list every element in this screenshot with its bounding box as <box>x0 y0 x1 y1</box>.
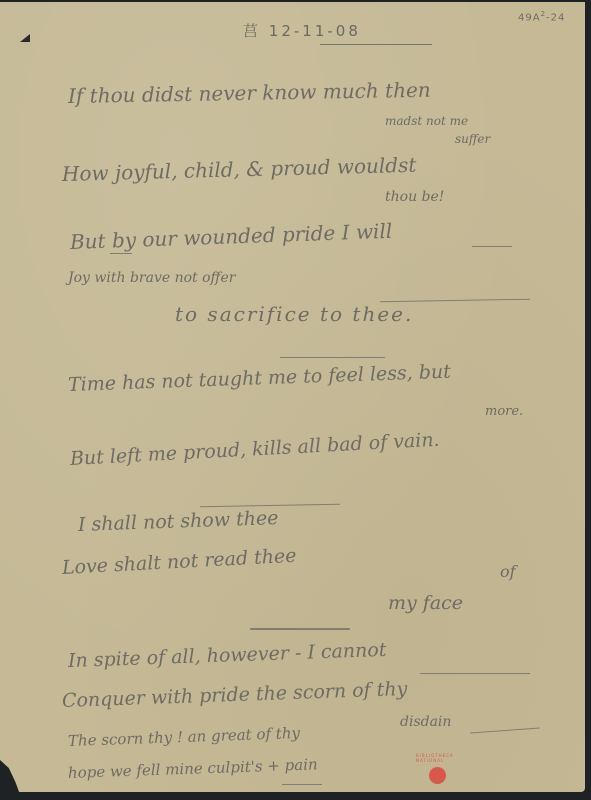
manuscript-line: But by our wounded pride I will <box>70 219 393 254</box>
manuscript-note: suffer <box>455 132 490 146</box>
underline <box>282 784 322 785</box>
manuscript-line: hope we fell mine culpit's + pain <box>68 755 318 782</box>
library-stamp: BIBLIOTHECA NATIONAL <box>420 757 454 791</box>
stamp-text: BIBLIOTHECA NATIONAL <box>416 753 454 763</box>
manuscript-line: Time has not taught me to feel less, but <box>68 361 452 396</box>
date-value: 12-11-08 <box>269 22 361 40</box>
reference-number: 49A2-24 <box>518 10 565 23</box>
rule-line <box>280 357 385 358</box>
date-underline <box>320 44 432 45</box>
manuscript-line: I shall not show thee <box>78 507 279 536</box>
manuscript-line: But left me proud, kills all bad of vain… <box>69 429 440 470</box>
rule-line <box>470 728 540 734</box>
manuscript-line: If thou didst never know much then <box>68 78 431 108</box>
manuscript-page: 49A2-24 莒 12-11-08 If thou didst never k… <box>0 2 585 792</box>
underline <box>420 673 530 674</box>
stamp-seal-icon <box>429 767 446 784</box>
manuscript-line: Conquer with pride the scorn of thy <box>62 678 408 712</box>
manuscript-note: disdain <box>400 714 451 730</box>
manuscript-note: madst not me <box>385 114 468 128</box>
manuscript-note: thou be! <box>385 189 444 205</box>
underline <box>110 253 132 254</box>
manuscript-line: In spite of all, however - I cannot <box>68 639 387 672</box>
ref-main: 49A <box>518 12 541 23</box>
manuscript-note: more. <box>485 404 523 419</box>
underline <box>472 246 512 247</box>
manuscript-line: my face <box>388 592 463 614</box>
section-divider <box>250 628 350 630</box>
manuscript-note: of <box>500 562 516 581</box>
manuscript-line: to sacrifice to thee. <box>175 302 413 326</box>
corner-mark <box>20 34 30 42</box>
manuscript-line: Joy with brave not offer <box>68 270 235 286</box>
manuscript-line: The scorn thy ! an great of thy <box>68 724 301 750</box>
date-prefix: 莒 <box>243 22 261 40</box>
rule-line <box>380 299 530 303</box>
manuscript-line: Love shalt not read thee <box>61 545 297 579</box>
manuscript-line: How joyful, child, & proud wouldst <box>62 153 417 186</box>
date-heading: 莒 12-11-08 <box>243 20 361 41</box>
ref-suffix: -24 <box>546 12 565 23</box>
